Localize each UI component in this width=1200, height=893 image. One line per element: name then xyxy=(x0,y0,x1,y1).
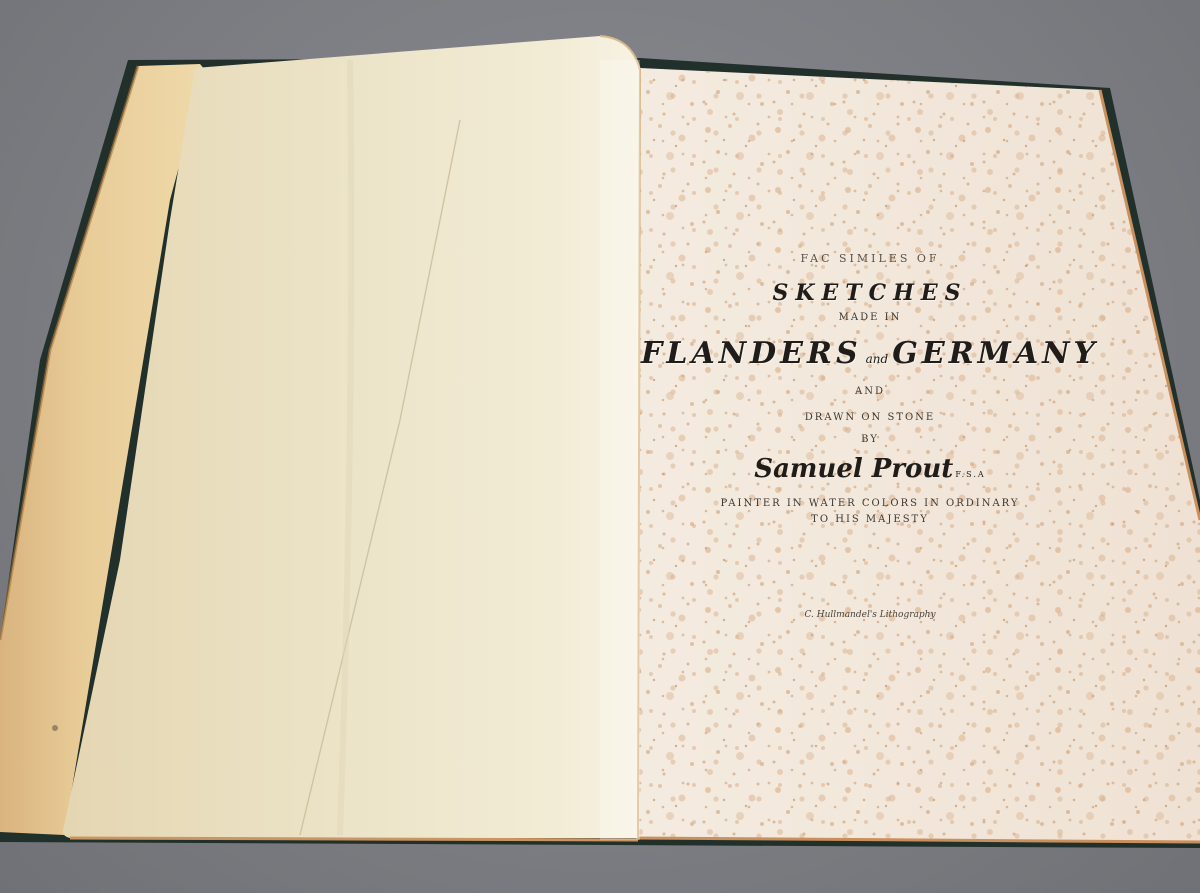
sketches-heading: SKETCHES xyxy=(640,280,1100,306)
author-name: Samuel ProutF.S.A xyxy=(640,454,1100,484)
fac-similes-line: FAC SIMILES OF xyxy=(640,252,1100,265)
majesty-line: TO HIS MAJESTY xyxy=(640,514,1100,525)
flanders-germany-heading: FLANDERSandGERMANY xyxy=(640,336,1100,371)
author-name-text: Samuel Prout xyxy=(754,454,953,484)
drawn-on-stone-line: DRAWN ON STONE xyxy=(640,412,1100,423)
made-in-line: MADE IN xyxy=(640,312,1100,323)
painter-line: PAINTER IN WATER COLORS IN ORDINARY xyxy=(640,498,1100,509)
flanders-word: FLANDERS xyxy=(641,336,862,371)
and-line: AND xyxy=(640,386,1100,397)
by-line: BY xyxy=(640,434,1100,445)
book-illustration xyxy=(0,0,1200,893)
germany-word: GERMANY xyxy=(892,336,1099,371)
open-book xyxy=(0,0,1200,893)
and-small-word: and xyxy=(866,352,889,366)
author-suffix: F.S.A xyxy=(955,470,985,479)
lithographer-credit: C. Hullmandel's Lithography xyxy=(640,610,1100,620)
